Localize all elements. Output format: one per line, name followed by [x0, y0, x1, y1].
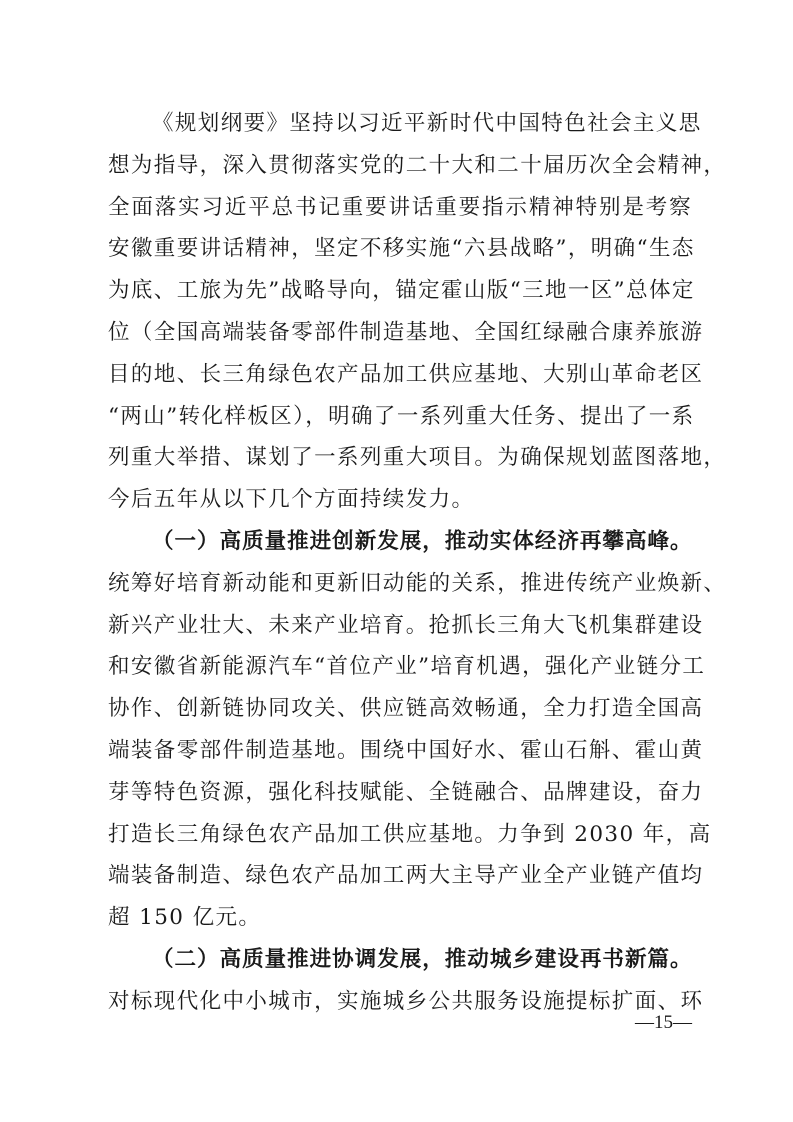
text-line: 芽等特色资源，强化科技赋能、全链融合、品牌建设，奋力	[108, 772, 692, 814]
text-line: 端装备零部件制造基地。围绕中国好水、霍山石斛、霍山黄	[108, 730, 692, 772]
text-line: 对标现代化中小城市，实施城乡公共服务设施提标扩面、环	[108, 981, 692, 1023]
section-1: （一）高质量推进创新发展，推动实体经济再攀高峰。 统筹好培育新动能和更新旧动能的…	[108, 521, 692, 939]
text-line: 想为指导，深入贯彻落实党的二十大和二十届历次全会精神，	[108, 145, 692, 187]
text-line: 协作、创新链协同攻关、供应链高效畅通，全力打造全国高	[108, 688, 692, 730]
text-line: 统筹好培育新动能和更新旧动能的关系，推进传统产业焕新、	[108, 563, 692, 605]
text-line: 目的地、长三角绿色农产品加工供应基地、大别山革命老区	[108, 354, 692, 396]
body-text: 《规划纲要》坚持以习近平新时代中国特色社会主义思 想为指导，深入贯彻落实党的二十…	[108, 103, 692, 1023]
text-line: 今后五年从以下几个方面持续发力。	[108, 479, 692, 521]
document-page: 《规划纲要》坚持以习近平新时代中国特色社会主义思 想为指导，深入贯彻落实党的二十…	[0, 0, 793, 1122]
text-line: 安徽重要讲话精神，坚定不移实施“六县战略”，明确“生态	[108, 228, 692, 270]
text-line: 全面落实习近平总书记重要讲话重要指示精神特别是考察	[108, 187, 692, 229]
text-line: 列重大举措、谋划了一系列重大项目。为确保规划蓝图落地，	[108, 437, 692, 479]
section-heading: （二）高质量推进协调发展，推动城乡建设再书新篇。	[108, 939, 692, 981]
text-line: 打造长三角绿色农产品加工供应基地。力争到 2030 年，高	[108, 814, 692, 856]
text-line: 《规划纲要》坚持以习近平新时代中国特色社会主义思	[108, 103, 692, 145]
page-number: —15—	[632, 1012, 692, 1034]
section-heading: （一）高质量推进创新发展，推动实体经济再攀高峰。	[108, 521, 692, 563]
text-line: 超 150 亿元。	[108, 897, 692, 939]
text-line: 位（全国高端装备零部件制造基地、全国红绿融合康养旅游	[108, 312, 692, 354]
text-line: 新兴产业壮大、未来产业培育。抢抓长三角大飞机集群建设	[108, 605, 692, 647]
text-line: 为底、工旅为先”战略导向，锚定霍山版“三地一区”总体定	[108, 270, 692, 312]
section-2: （二）高质量推进协调发展，推动城乡建设再书新篇。 对标现代化中小城市，实施城乡公…	[108, 939, 692, 1023]
text-line: “两山”转化样板区），明确了一系列重大任务、提出了一系	[108, 396, 692, 438]
text-line: 端装备制造、绿色农产品加工两大主导产业全产业链产值均	[108, 855, 692, 897]
text-line: 和安徽省新能源汽车“首位产业”培育机遇，强化产业链分工	[108, 646, 692, 688]
paragraph-intro: 《规划纲要》坚持以习近平新时代中国特色社会主义思 想为指导，深入贯彻落实党的二十…	[108, 103, 692, 521]
